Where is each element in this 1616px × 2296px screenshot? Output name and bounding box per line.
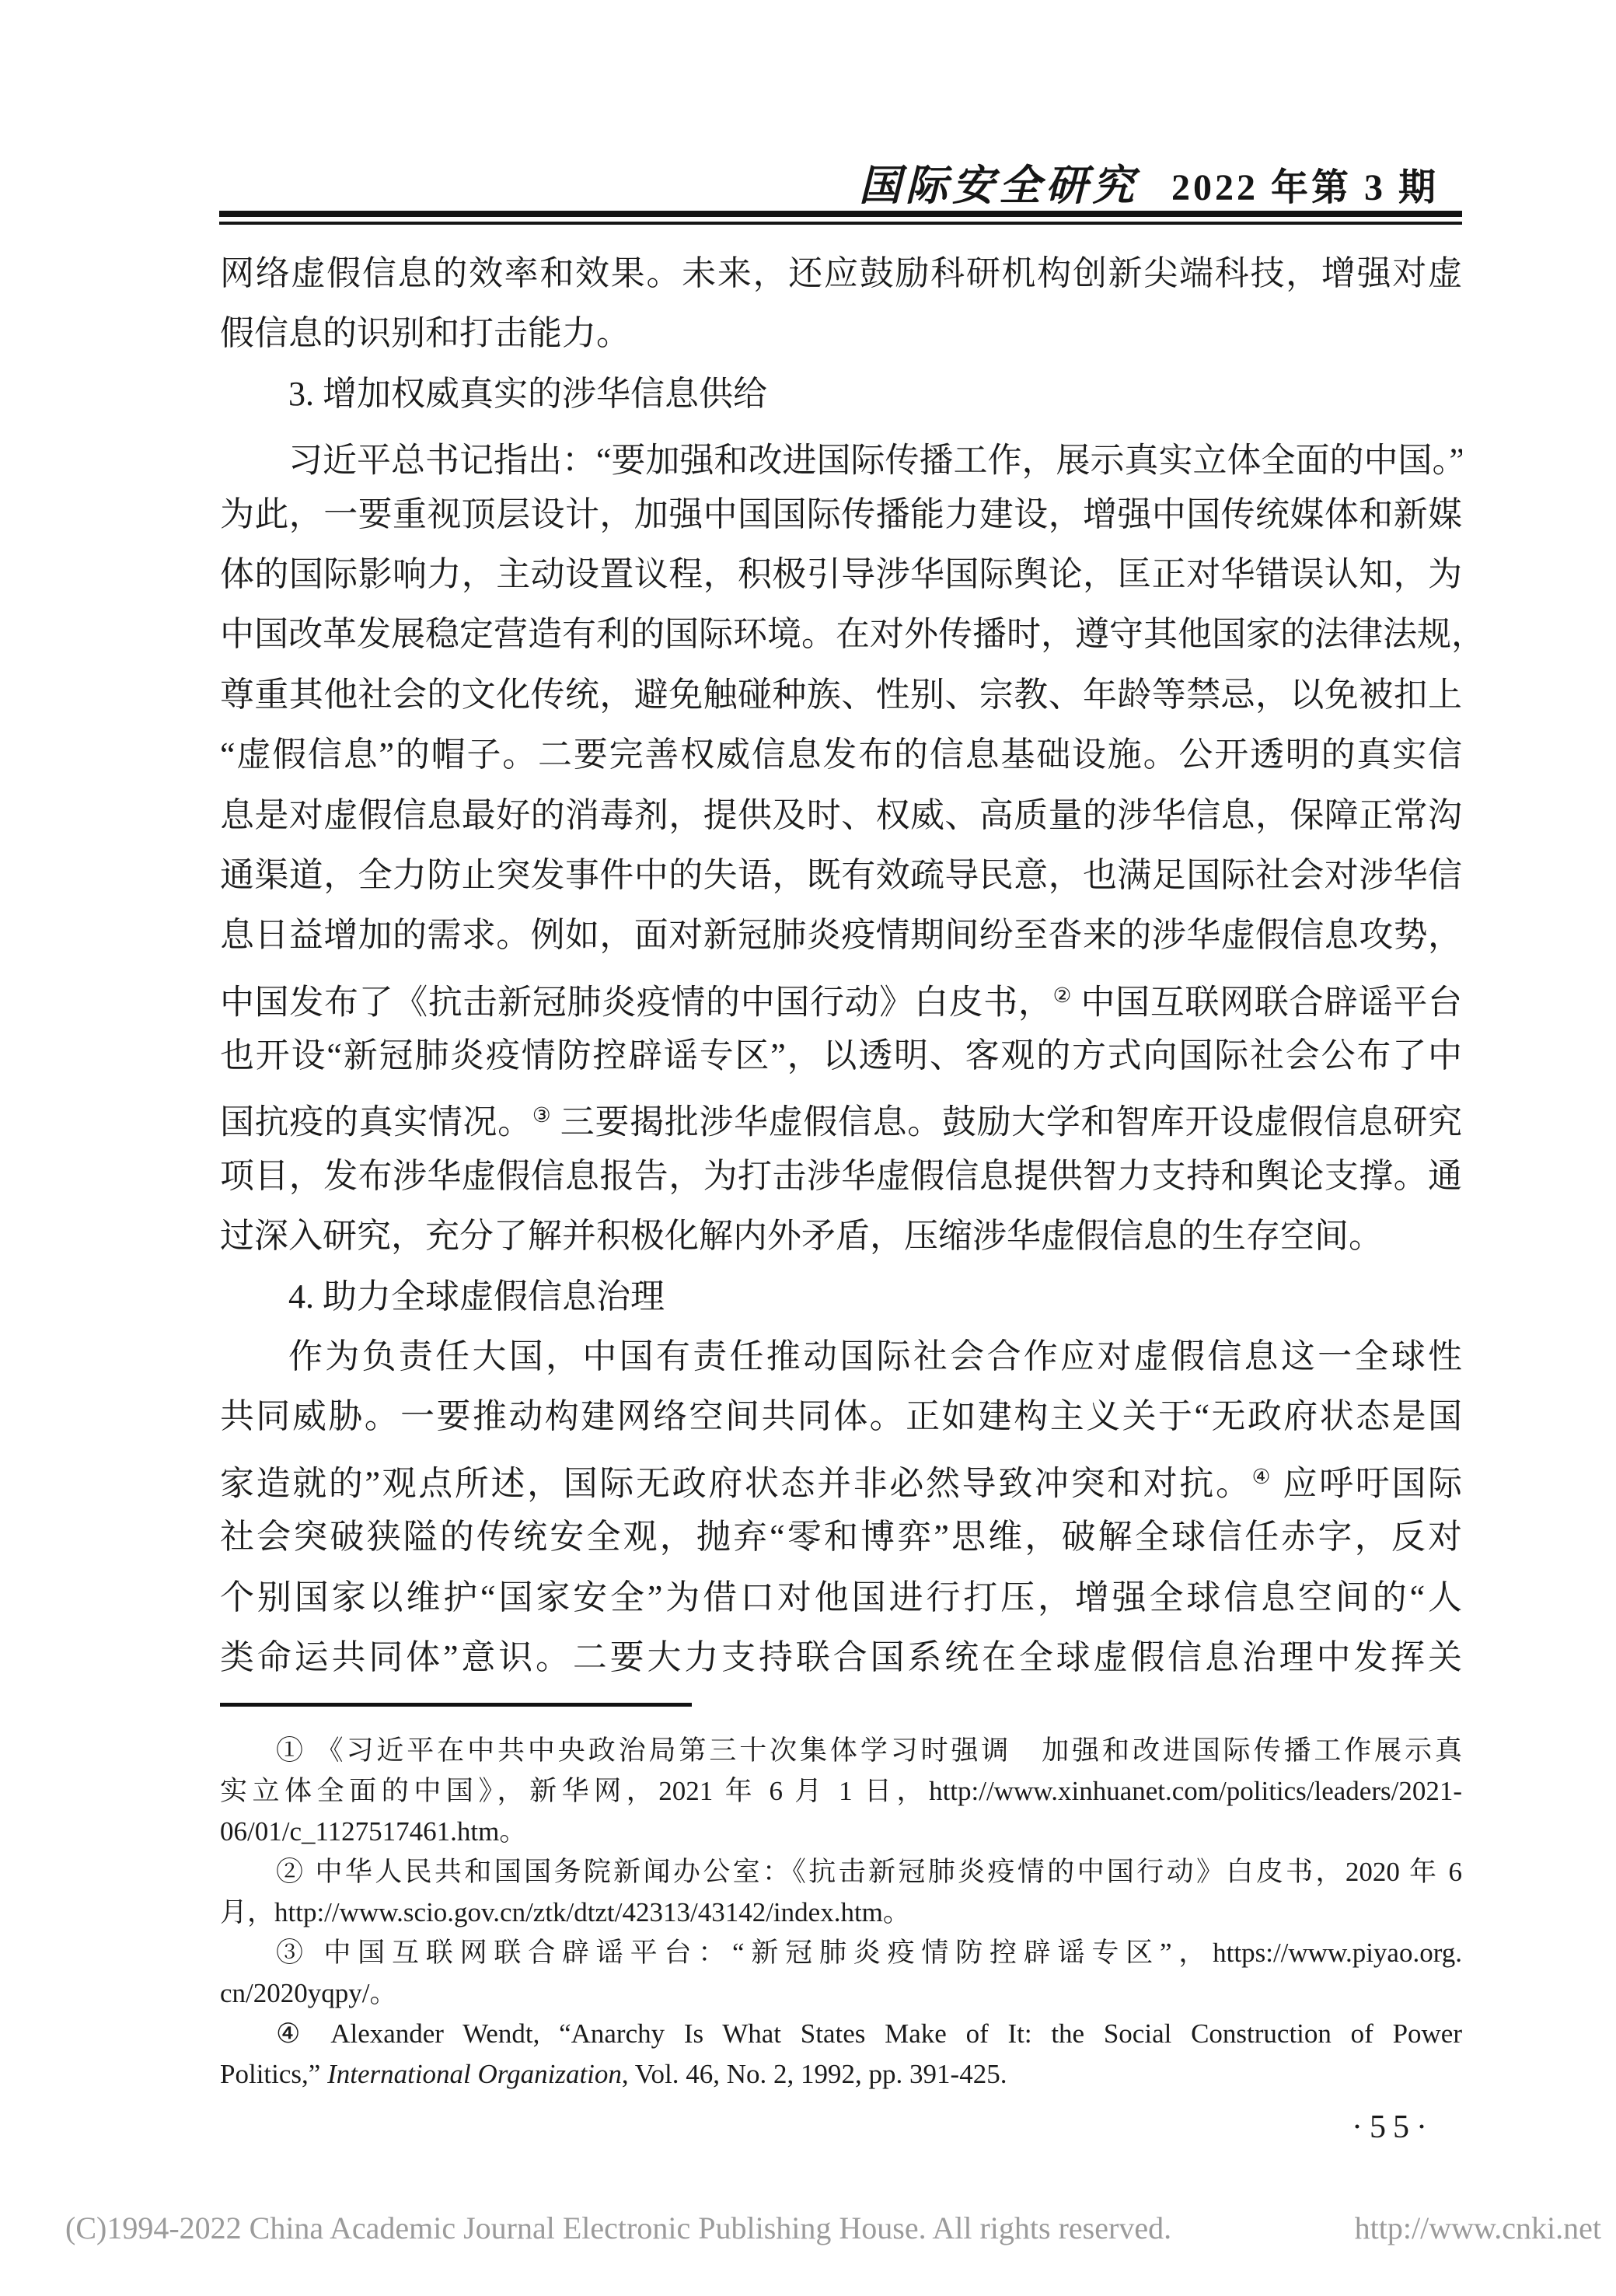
body-line: 习近平总书记指出：“要加强和改进国际传播工作，展示真实立体全面的中国。”①	[220, 424, 1462, 484]
body-text-segment: 尊重其他社会的文化传统，避免触碰种族、性别、宗教、年龄等禁忌，以免被扣上	[220, 676, 1462, 714]
footnote-text-segment: Politics,”	[220, 2059, 327, 2089]
body-text-segment: 中国改革发展稳定营造有利的国际环境。在对外传播时，遵守其他国家的法律法规，	[220, 615, 1462, 653]
body-line: 为此，一要重视顶层设计，加强中国国际传播能力建设，增强中国传统媒体和新媒	[220, 484, 1462, 544]
footer-url: http://www.cnki.net	[1355, 2210, 1601, 2246]
body-text-segment: 三要揭批涉华虚假信息。鼓励大学和智库开设虚假信息研究	[551, 1103, 1462, 1141]
body-text-segment: 项目，发布涉华虚假信息报告，为打击涉华虚假信息提供智力支持和舆论支撑。通	[220, 1157, 1462, 1195]
page-number: ·55·	[220, 2109, 1434, 2146]
body-line: 4. 助力全球虚假信息治理	[220, 1267, 1462, 1326]
body-text-segment: 假信息的识别和打击能力。	[220, 314, 630, 352]
footnote-line: ④ Alexander Wendt, “Anarchy Is What Stat…	[220, 2014, 1462, 2054]
body-text-segment: 体的国际影响力，主动设置议程，积极引导涉华国际舆论，匡正对华错误认知，为	[220, 555, 1462, 593]
footnote-line: ② 中华人民共和国国务院新闻办公室：《抗击新冠肺炎疫情的中国行动》白皮书，202…	[220, 1852, 1462, 1892]
body-line: 息日益增加的需求。例如，面对新冠肺炎疫情期间纷至沓来的涉华虚假信息攻势，	[220, 905, 1462, 965]
body-line: 通渠道，全力防止突发事件中的失语，既有效疏导民意，也满足国际社会对涉华信	[220, 845, 1462, 905]
footnote-text-segment: , Vol. 46, No. 2, 1992, pp. 391-425.	[622, 2059, 1007, 2089]
body-text-segment: 习近平总书记指出：“要加强和改进国际传播工作，展示真实立体全面的中国。”	[288, 442, 1462, 480]
footnote-line: ③ 中国互联网联合辟谣平台：“新冠肺炎疫情防控辟谣专区”，https://www…	[220, 1933, 1462, 1973]
scan-footer: (C)1994-2022 China Academic Journal Elec…	[65, 2210, 1601, 2246]
body-text-segment: 3. 增加权威真实的涉华信息供给	[288, 375, 767, 413]
body-line: 项目，发布涉华虚假信息报告，为打击涉华虚假信息提供智力支持和舆论支撑。通	[220, 1146, 1462, 1206]
body-line: 尊重其他社会的文化传统，避免触碰种族、性别、宗教、年龄等禁忌，以免被扣上	[220, 665, 1462, 725]
body-line: 作为负责任大国，中国有责任推动国际社会合作应对虚假信息这一全球性	[220, 1326, 1462, 1386]
body-line: 中国改革发展稳定营造有利的国际环境。在对外传播时，遵守其他国家的法律法规，	[220, 604, 1462, 664]
body-line: 国抗疫的真实情况。③ 三要揭批涉华虚假信息。鼓励大学和智库开设虚假信息研究	[220, 1085, 1462, 1145]
journal-title: 国际安全研究	[859, 163, 1139, 209]
body-text-segment: 个别国家以维护“国家安全”为借口对他国进行打压，增强全球信息空间的“人	[220, 1578, 1462, 1616]
body-text-segment: 国抗疫的真实情况。	[220, 1103, 532, 1141]
body-line: 社会突破狭隘的传统安全观，抛弃“零和博弈”思维，破解全球信任赤字，反对	[220, 1507, 1462, 1567]
body-text-segment: 也开设“新冠肺炎疫情防控辟谣专区”，以透明、客观的方式向国际社会公布了中	[220, 1036, 1462, 1075]
body-text-segment: 为此，一要重视顶层设计，加强中国国际传播能力建设，增强中国传统媒体和新媒	[220, 495, 1462, 533]
body-line: 3. 增加权威真实的涉华信息供给	[220, 364, 1462, 424]
footnote-line: ① 《习近平在中共中央政治局第三十次集体学习时强调 加强和改进国际传播工作展示真	[220, 1731, 1462, 1771]
article-body: 网络虚假信息的效率和效果。未来，还应鼓励科研机构创新尖端科技，增强对虚假信息的识…	[220, 243, 1462, 1687]
footnote-ref-mark: ③	[532, 1103, 551, 1127]
body-line: 也开设“新冠肺炎疫情防控辟谣专区”，以透明、客观的方式向国际社会公布了中	[220, 1026, 1462, 1085]
body-line: “虚假信息”的帽子。二要完善权威信息发布的信息基础设施。公开透明的真实信	[220, 725, 1462, 785]
footnote-line: cn/2020yqpy/。	[220, 1973, 1462, 2014]
body-line: 过深入研究，充分了解并积极化解内外矛盾，压缩涉华虚假信息的生存空间。	[220, 1206, 1462, 1266]
journal-page: 国际安全研究2022 年第 3 期 网络虚假信息的效率和效果。未来，还应鼓励科研…	[0, 0, 1616, 2296]
body-line: 个别国家以维护“国家安全”为借口对他国进行打压，增强全球信息空间的“人	[220, 1567, 1462, 1627]
body-text-segment: 中国发布了《抗击新冠肺炎疫情的中国行动》白皮书，	[220, 983, 1053, 1021]
header-double-rule	[219, 211, 1462, 225]
body-text-segment: 家造就的”观点所述，国际无政府状态并非必然导致冲突和对抗。	[220, 1464, 1252, 1502]
body-line: 中国发布了《抗击新冠肺炎疫情的中国行动》白皮书，② 中国互联网联合辟谣平台	[220, 966, 1462, 1026]
footnote-separator	[220, 1703, 692, 1707]
body-line: 网络虚假信息的效率和效果。未来，还应鼓励科研机构创新尖端科技，增强对虚	[220, 243, 1462, 303]
body-text-segment: 类命运共同体”意识。二要大力支持联合国系统在全球虚假信息治理中发挥关	[220, 1638, 1462, 1676]
footnote-line: Politics,” International Organization, V…	[220, 2054, 1462, 2095]
footnote-italic-segment: International Organization	[327, 2059, 622, 2089]
footnote-line: 06/01/c_1127517461.htm。	[220, 1812, 1462, 1852]
body-line: 家造就的”观点所述，国际无政府状态并非必然导致冲突和对抗。④ 应呼吁国际	[220, 1447, 1462, 1507]
body-line: 共同威胁。一要推动构建网络空间共同体。正如建构主义关于“无政府状态是国	[220, 1386, 1462, 1446]
body-text-segment: 通渠道，全力防止突发事件中的失语，既有效疏导民意，也满足国际社会对涉华信	[220, 856, 1462, 894]
body-text-segment: 息日益增加的需求。例如，面对新冠肺炎疫情期间纷至沓来的涉华虚假信息攻势，	[220, 916, 1462, 954]
body-line: 体的国际影响力，主动设置议程，积极引导涉华国际舆论，匡正对华错误认知，为	[220, 544, 1462, 604]
body-text-segment: 4. 助力全球虚假信息治理	[288, 1277, 665, 1316]
footnote-ref-mark: ②	[1053, 984, 1072, 1007]
footnote-line: 实立体全面的中国》，新华网，2021 年 6 月 1 日，http://www.…	[220, 1771, 1462, 1812]
body-text-segment: 过深入研究，充分了解并积极化解内外矛盾，压缩涉华虚假信息的生存空间。	[220, 1217, 1383, 1255]
footnote-ref-mark: ④	[1252, 1465, 1272, 1488]
body-text-segment: 共同威胁。一要推动构建网络空间共同体。正如建构主义关于“无政府状态是国	[220, 1397, 1462, 1435]
body-text-segment: 作为负责任大国，中国有责任推动国际社会合作应对虚假信息这一全球性	[288, 1337, 1462, 1375]
page-header: 国际安全研究2022 年第 3 期	[220, 152, 1439, 212]
footnote-block: ① 《习近平在中共中央政治局第三十次集体学习时强调 加强和改进国际传播工作展示真…	[220, 1731, 1462, 2095]
body-line: 息是对虚假信息最好的消毒剂，提供及时、权威、高质量的涉华信息，保障正常沟	[220, 785, 1462, 845]
body-text-segment: 社会突破狭隘的传统安全观，抛弃“零和博弈”思维，破解全球信任赤字，反对	[220, 1518, 1462, 1556]
body-line: 类命运共同体”意识。二要大力支持联合国系统在全球虚假信息治理中发挥关	[220, 1627, 1462, 1687]
body-text-segment: 息是对虚假信息最好的消毒剂，提供及时、权威、高质量的涉华信息，保障正常沟	[220, 796, 1462, 834]
body-text-segment: 应呼吁国际	[1272, 1464, 1462, 1502]
body-line: 假信息的识别和打击能力。	[220, 303, 1462, 363]
footer-copyright: (C)1994-2022 China Academic Journal Elec…	[65, 2210, 1171, 2246]
journal-issue: 2022 年第 3 期	[1171, 167, 1439, 208]
body-text-segment: “虚假信息”的帽子。二要完善权威信息发布的信息基础设施。公开透明的真实信	[220, 736, 1462, 774]
footnote-line: 月，http://www.scio.gov.cn/ztk/dtzt/42313/…	[220, 1892, 1462, 1933]
body-text-segment: 网络虚假信息的效率和效果。未来，还应鼓励科研机构创新尖端科技，增强对虚	[220, 254, 1462, 292]
body-text-segment: 中国互联网联合辟谣平台	[1072, 983, 1462, 1021]
